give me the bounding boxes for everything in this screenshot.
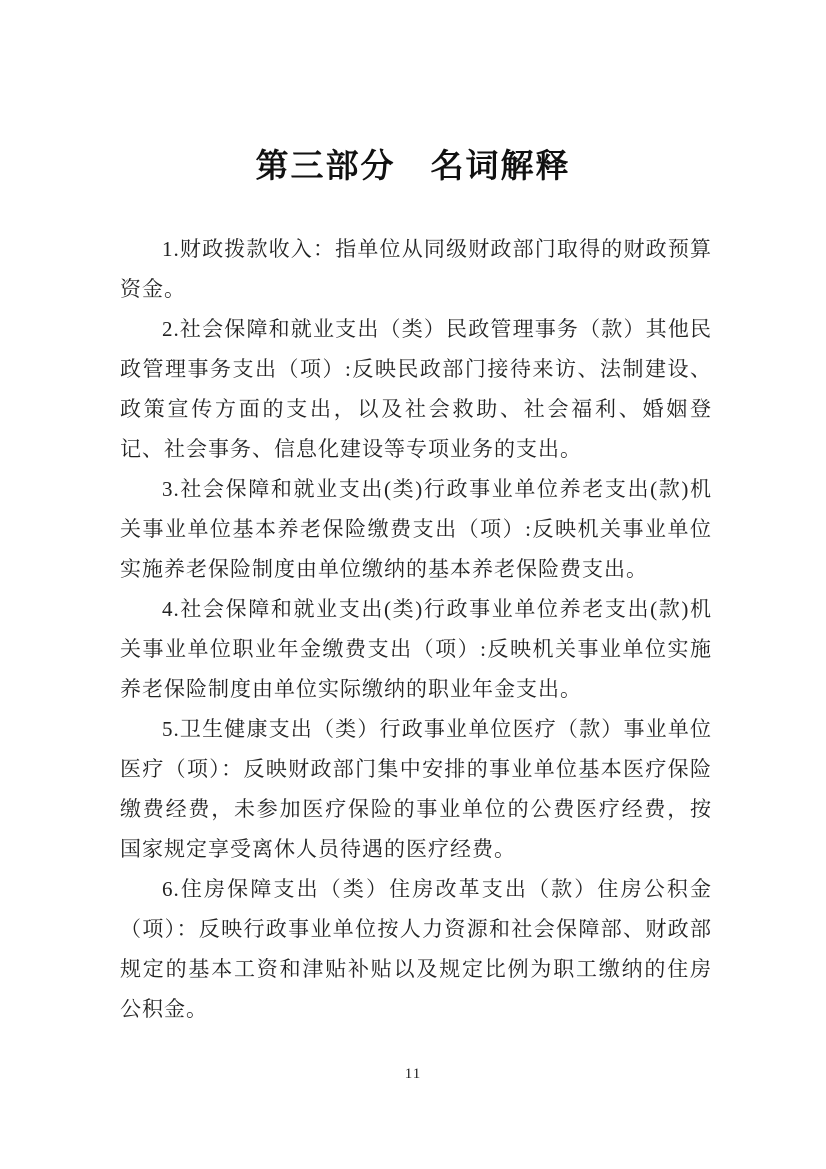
- definition-paragraph-5: 5.卫生健康支出（类）行政事业单位医疗（款）事业单位医疗（项）：反映财政部门集中…: [120, 709, 712, 869]
- definition-paragraph-4: 4.社会保障和就业支出(类)行政事业单位养老支出(款)机关事业单位职业年金缴费支…: [120, 589, 712, 709]
- page-number: 11: [0, 1066, 826, 1083]
- page-title: 第三部分 名词解释: [0, 140, 826, 187]
- definition-paragraph-1: 1.财政拨款收入：指单位从同级财政部门取得的财政预算资金。: [120, 229, 712, 309]
- glossary-body: 1.财政拨款收入：指单位从同级财政部门取得的财政预算资金。 2.社会保障和就业支…: [120, 229, 712, 1029]
- definition-paragraph-3: 3.社会保障和就业支出(类)行政事业单位养老支出(款)机关事业单位基本养老保险缴…: [120, 469, 712, 589]
- definition-paragraph-2: 2.社会保障和就业支出（类）民政管理事务（款）其他民政管理事务支出（项）:反映民…: [120, 309, 712, 469]
- definition-paragraph-6: 6.住房保障支出（类）住房改革支出（款）住房公积金（项）：反映行政事业单位按人力…: [120, 869, 712, 1029]
- document-page: 第三部分 名词解释 1.财政拨款收入：指单位从同级财政部门取得的财政预算资金。 …: [0, 0, 826, 1169]
